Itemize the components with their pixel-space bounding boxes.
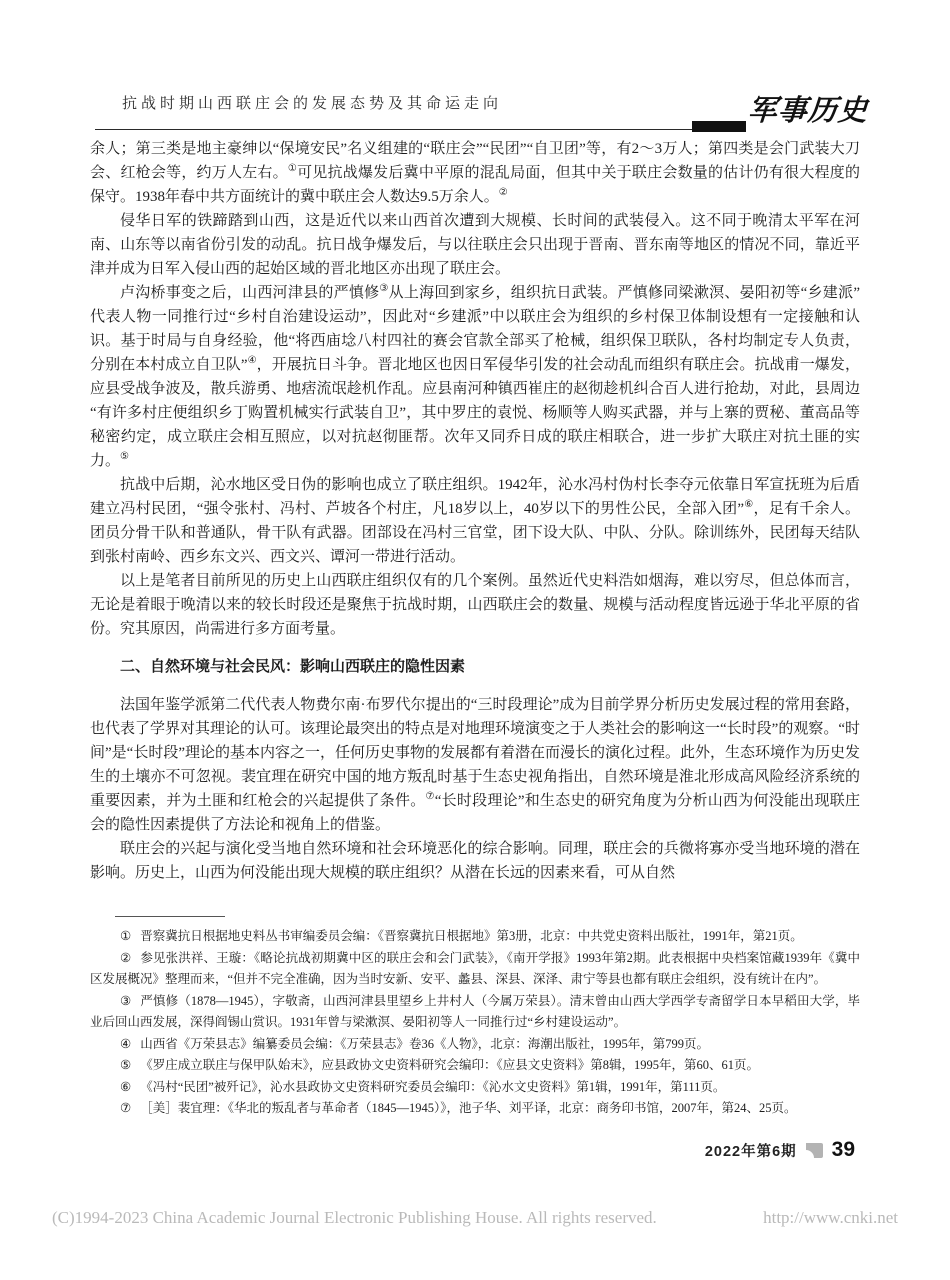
watermark-url: http://www.cnki.net [763, 1208, 898, 1228]
footnote-item: ①晋察冀抗日根据地史料丛书审编委员会编：《晋察冀抗日根据地》第3册，北京：中共党… [90, 926, 860, 948]
footnote-ref: ⑥ [744, 499, 753, 510]
footnote-marker: ④ [120, 1037, 131, 1051]
paragraph: 联庄会的兴起与演化受当地自然环境和社会环境恶化的综合影响。同理，联庄会的兵微将寡… [90, 837, 860, 885]
paragraph: 抗战中后期，沁水地区受日伪的影响也成立了联庄组织。1942年，沁水冯村伪村长李夺… [90, 473, 860, 569]
footnote-item: ⑦［美］裴宜理：《华北的叛乱者与革命者（1845—1945）》，池子华、刘平译，… [90, 1098, 860, 1120]
watermark: (C)1994-2023 China Academic Journal Elec… [0, 1208, 950, 1228]
footnote-item: ⑤《罗庄成立联庄与保甲队始末》，应县政协文史资料研究会编印：《应县文史资料》第8… [90, 1055, 860, 1077]
issue-label: 2022年第6期 [705, 1140, 797, 1161]
page-number: 39 [832, 1138, 855, 1162]
footnote-text: 《罗庄成立联庄与保甲队始末》，应县政协文史资料研究会编印：《应县文史资料》第8辑… [140, 1058, 759, 1072]
journal-logo: 军事历史 [747, 88, 870, 129]
footnote-ref: ④ [248, 355, 257, 366]
paragraph: 侵华日军的铁蹄踏到山西，这是近代以来山西首次遭到大规模、长时间的武装侵入。这不同… [90, 209, 860, 281]
article-body: 余人；第三类是地主豪绅以“保境安民”名义组建的“联庄会”“民团”“自卫团”等，有… [90, 137, 860, 885]
header-accent-block [692, 121, 746, 132]
page-number-badge [806, 1143, 823, 1158]
footnote-separator [115, 916, 225, 917]
footnote-marker: ⑥ [120, 1080, 131, 1094]
footnote-text: 山西省《万荣县志》编纂委员会编：《万荣县志》卷36《人物》，北京：海潮出版社，1… [140, 1037, 709, 1051]
footnote-marker: ② [120, 951, 131, 965]
paragraph: 余人；第三类是地主豪绅以“保境安民”名义组建的“联庄会”“民团”“自卫团”等，有… [90, 137, 860, 209]
footnote-text: 严慎修（1878—1945），字敬斋，山西河津县里望乡上井村人（今属万荣县）。清… [90, 994, 860, 1030]
running-title: 抗战时期山西联庄会的发展态势及其命运走向 [122, 92, 502, 113]
header-rule [95, 129, 692, 130]
footnote-marker: ③ [120, 994, 131, 1008]
footnote-item: ③严慎修（1878—1945），字敬斋，山西河津县里望乡上井村人（今属万荣县）。… [90, 991, 860, 1034]
section-heading: 二、自然环境与社会民风：影响山西联庄的隐性因素 [90, 655, 860, 679]
footnote-text: 参见张洪祥、王璇：《略论抗战初期冀中区的联庄会和会门武装》，《南开学报》1993… [90, 951, 860, 987]
watermark-copyright: (C)1994-2023 China Academic Journal Elec… [52, 1208, 657, 1228]
footnote-item: ②参见张洪祥、王璇：《略论抗战初期冀中区的联庄会和会门武装》，《南开学报》199… [90, 948, 860, 991]
footnote-marker: ⑤ [120, 1058, 131, 1072]
footnote-text: ［美］裴宜理：《华北的叛乱者与革命者（1845—1945）》，池子华、刘平译，北… [140, 1101, 796, 1115]
paragraph: 法国年鉴学派第二代代表人物费尔南·布罗代尔提出的“三时段理论”成为目前学界分析历… [90, 693, 860, 837]
footnote-ref: ① [288, 163, 297, 174]
paragraph: 以上是笔者目前所见的历史上山西联庄组织仅有的几个案例。虽然近代史料浩如烟海，难以… [90, 569, 860, 641]
footnote-item: ⑥《冯村“民团”被歼记》，沁水县政协文史资料研究委员会编印：《沁水文史资料》第1… [90, 1077, 860, 1099]
footnote-marker: ⑦ [120, 1101, 131, 1115]
footnotes: ①晋察冀抗日根据地史料丛书审编委员会编：《晋察冀抗日根据地》第3册，北京：中共党… [90, 926, 860, 1120]
footnote-ref: ③ [379, 283, 388, 294]
footnote-text: 《冯村“民团”被歼记》，沁水县政协文史资料研究委员会编印：《沁水文史资料》第1辑… [140, 1080, 725, 1094]
page-footer: 2022年第6期 39 [705, 1138, 855, 1162]
footnote-ref: ⑦ [425, 791, 434, 802]
footnote-marker: ① [120, 929, 131, 943]
footnote-ref: ⑤ [120, 451, 129, 462]
paragraph: 卢沟桥事变之后，山西河津县的严慎修③从上海回到家乡，组织抗日武装。严慎修同梁漱溟… [90, 281, 860, 473]
footnote-item: ④山西省《万荣县志》编纂委员会编：《万荣县志》卷36《人物》，北京：海潮出版社，… [90, 1034, 860, 1056]
footnote-ref: ② [499, 187, 508, 198]
footnote-text: 晋察冀抗日根据地史料丛书审编委员会编：《晋察冀抗日根据地》第3册，北京：中共党史… [140, 929, 803, 943]
